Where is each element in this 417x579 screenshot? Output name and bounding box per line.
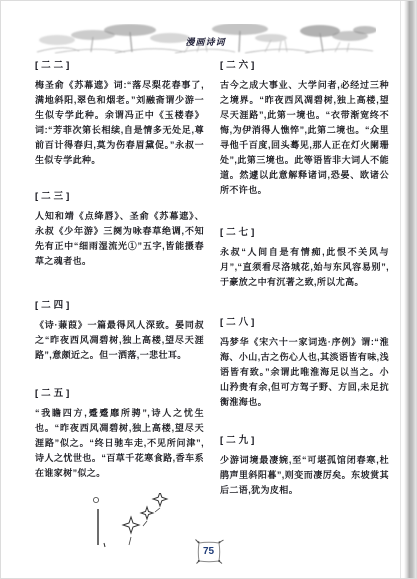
scanned-book-page: 漫画诗词 [二二] 梅圣俞《苏幕遮》词:“落尽梨花春事了,满地斜阳,翠色和烟老。…: [0, 0, 417, 579]
page-edge-strip: [400, 1, 416, 578]
running-title: 漫画诗词: [35, 35, 376, 48]
section-label: [二四]: [35, 297, 204, 311]
page-number-badge: 75: [192, 539, 226, 565]
section-label: [二二]: [35, 57, 204, 71]
section-text: 古今之成大事业、大学问者,必经过三种之境界。“昨夜西风凋碧树,独上高楼,望尽天涯…: [220, 78, 389, 198]
section-text: “我瞻四方,蹙蹙靡所骋”,诗人之忧生也。“昨夜西风凋碧树,独上高楼,望尽天涯路”…: [35, 406, 204, 481]
section-text: 《诗·蒹葭》一篇最得风人深致。晏同叔之“昨夜西风凋碧树,独上高楼,望尽天涯路”,…: [35, 318, 204, 363]
section-label: [二七]: [220, 224, 389, 238]
section-label: [二八]: [220, 314, 389, 328]
section-label: [二五]: [35, 385, 204, 399]
section-text: 永叔“人间自是有情痴,此恨不关风与月”,“直须看尽洛城花,始与东风容易别”,于豪…: [220, 245, 389, 290]
section-label: [二三]: [35, 188, 204, 202]
section-text: 梅圣俞《苏幕遮》词:“落尽梨花春事了,满地斜阳,翠色和烟老。”刘融斋谓少游一生似…: [35, 78, 204, 168]
left-column: [二二] 梅圣俞《苏幕遮》词:“落尽梨花春事了,满地斜阳,翠色和烟老。”刘融斋谓…: [35, 57, 204, 564]
page-body: [二二] 梅圣俞《苏幕遮》词:“落尽梨花春事了,满地斜阳,翠色和烟老。”刘融斋谓…: [35, 57, 389, 564]
section-text: 冯梦华《宋六十一家词选·序例》谓:“淮海、小山,古之伤心人也,其淡语皆有味,浅语…: [220, 335, 389, 410]
page-number: 75: [192, 546, 226, 557]
section-text: 少游词境最凄婉,至“可堪孤馆闭春寒,杜鹃声里斜阳暮”,则变而凄厉矣。东坡赏其后二…: [220, 453, 389, 498]
section-text: 人知和靖《点绛唇》、圣俞《苏幕遮》、永叔《少年游》三阕为咏春草绝调,不知先有正中…: [35, 209, 204, 269]
section-label: [二九]: [220, 432, 389, 446]
section-label: [二六]: [220, 57, 389, 71]
right-column: [二六] 古今之成大事业、大学问者,必经过三种之境界。“昨夜西风凋碧树,独上高楼…: [220, 57, 389, 564]
sparkle-flowers-illustration-icon: [83, 493, 175, 559]
page-header: 漫画诗词: [35, 24, 376, 54]
